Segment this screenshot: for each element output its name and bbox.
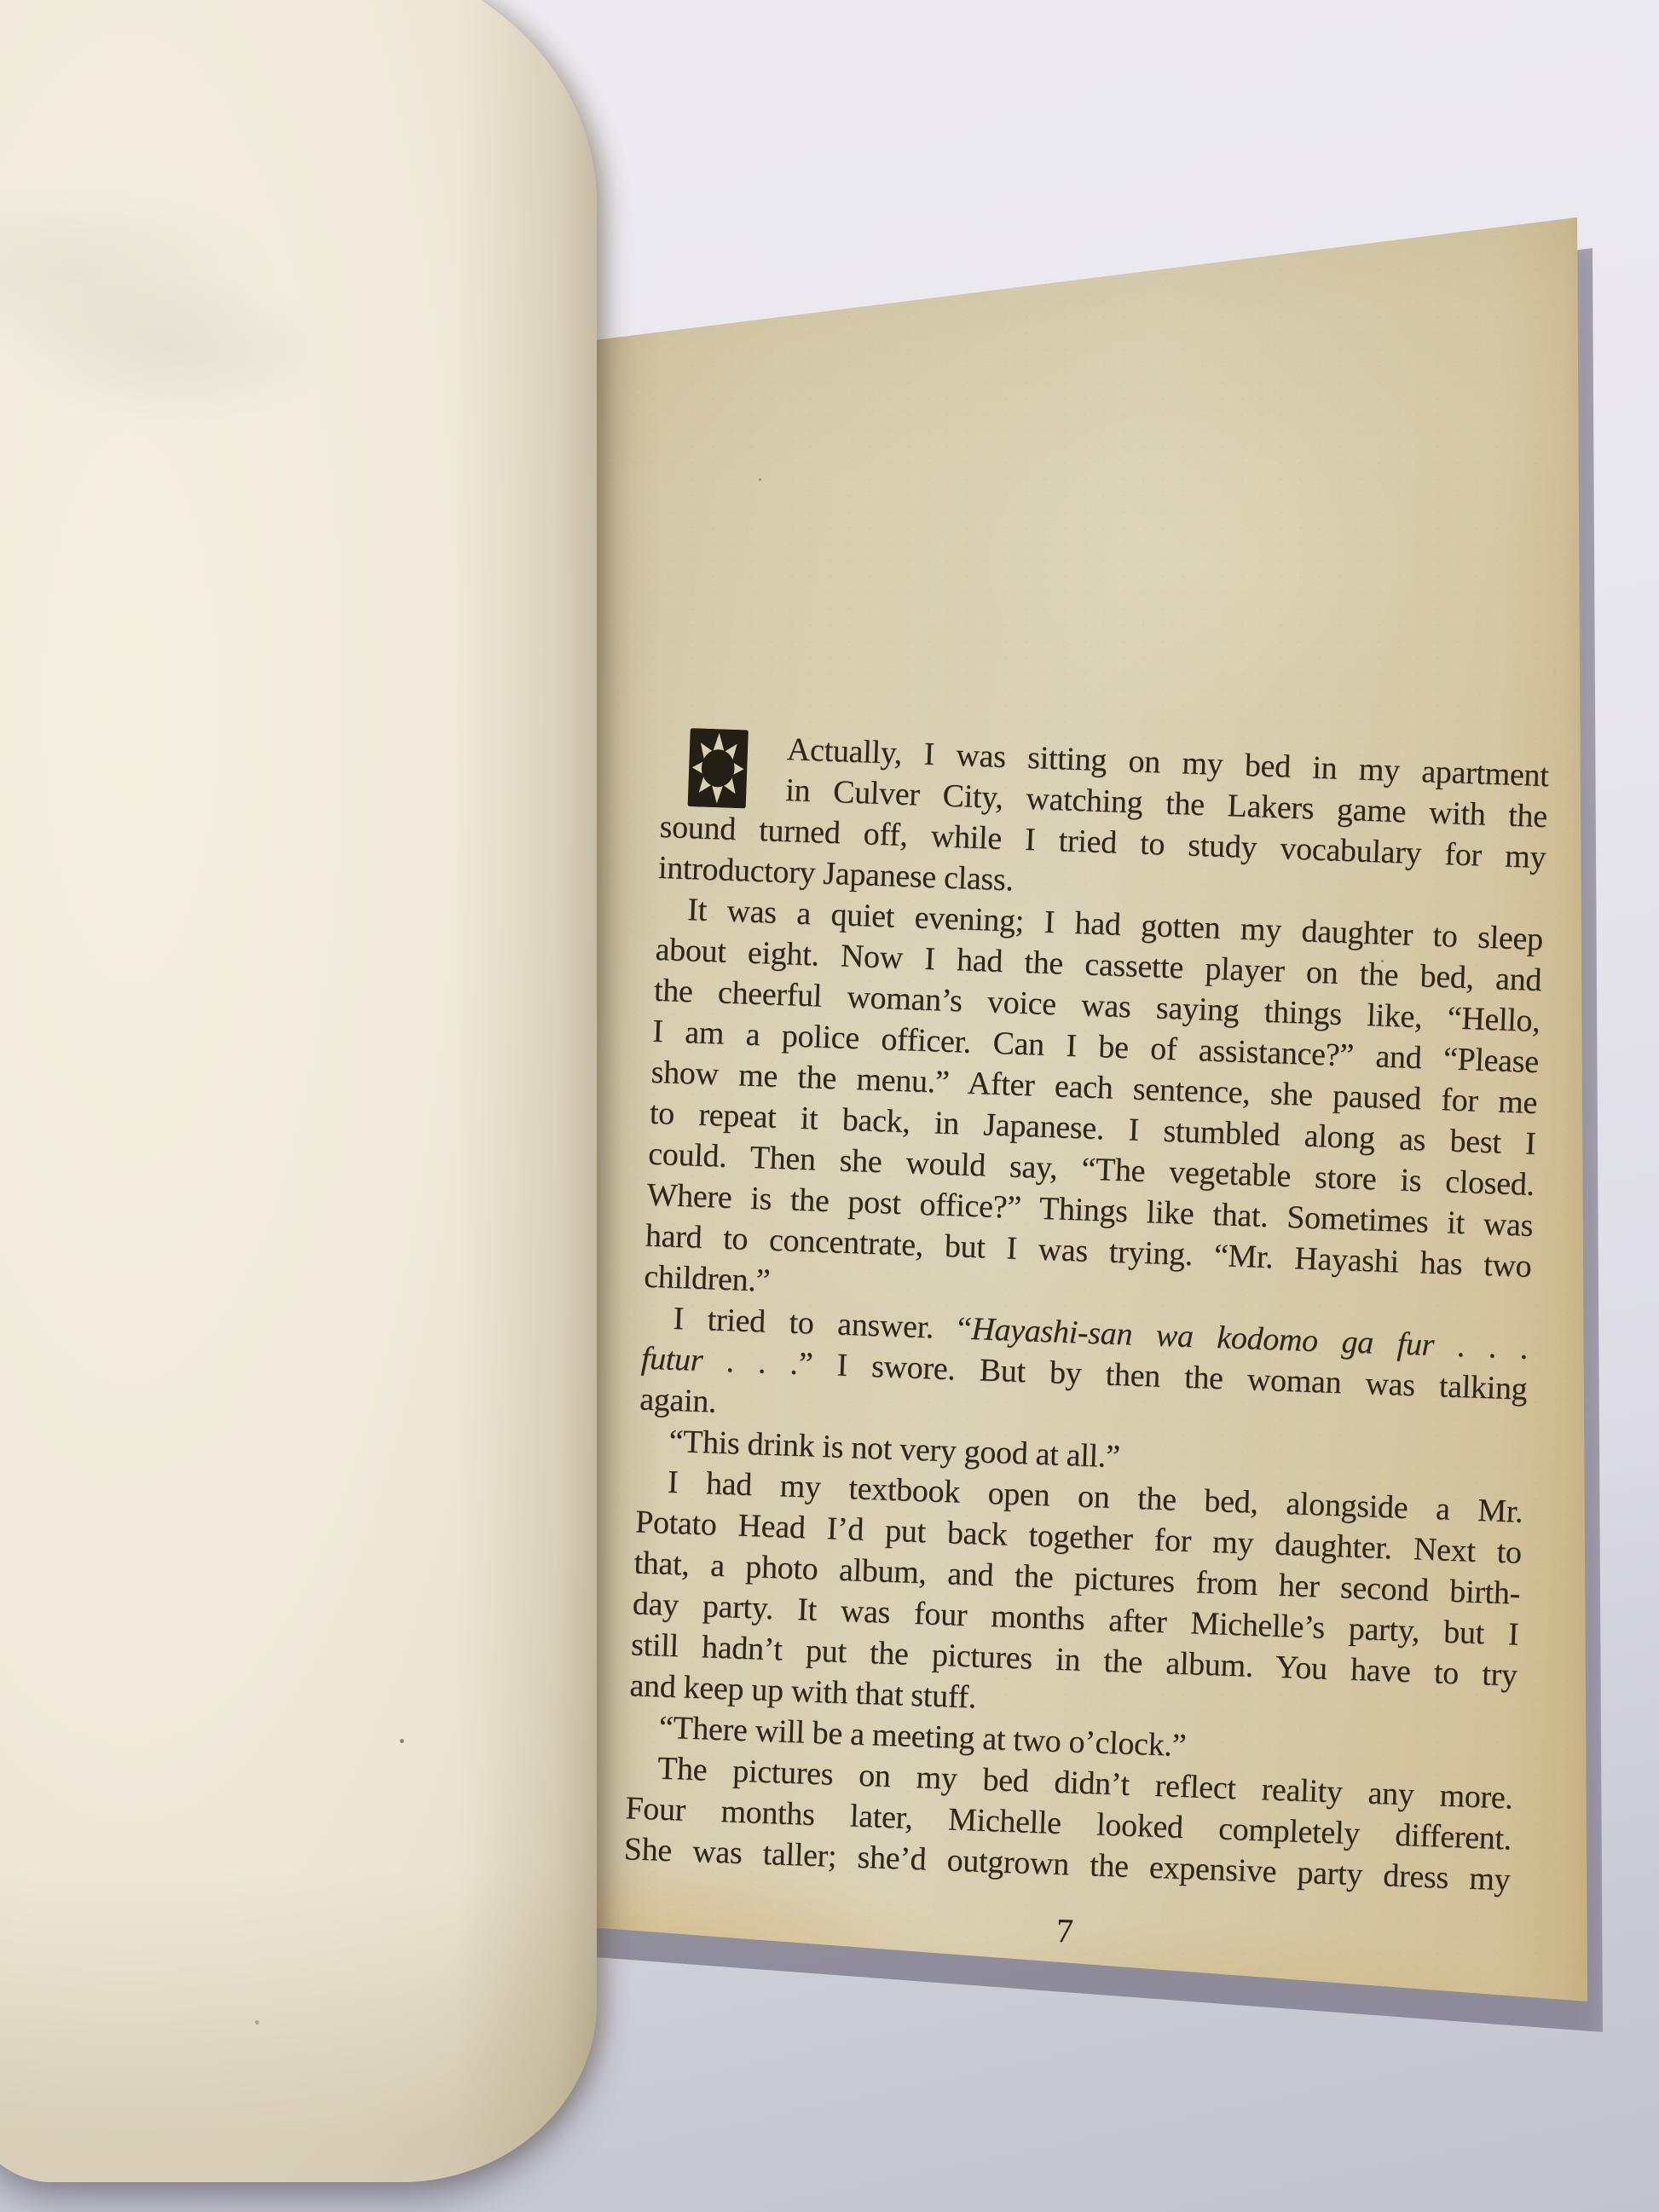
left-page bbox=[0, 0, 597, 2182]
paragraph-textbook: I had my textbook open on the bed, along… bbox=[629, 1460, 1523, 1736]
book-photo: Actually, I was sitting on my bed in my … bbox=[0, 0, 1659, 2212]
paper-fleck bbox=[400, 1739, 404, 1743]
paragraph-quiet-evening: It was a quiet evening; I had gotten my … bbox=[644, 888, 1544, 1328]
chapter-ornament-icon bbox=[686, 728, 750, 808]
text-italic-japanese: futur . . . bbox=[640, 1341, 799, 1382]
page-text-column: Actually, I was sitting on my bed in my … bbox=[621, 725, 1549, 1967]
paragraph-opening: Actually, I was sitting on my bed in my … bbox=[657, 725, 1549, 919]
